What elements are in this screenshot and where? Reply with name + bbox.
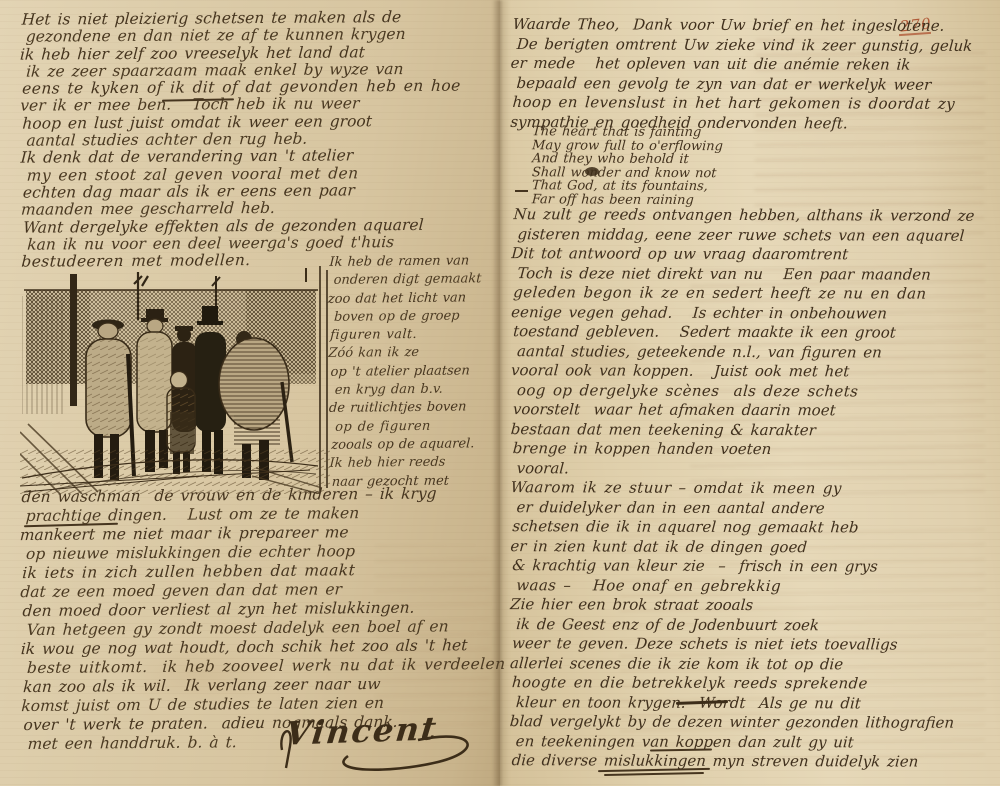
handwritten-line: toestand gebleven. Sedert maakte ik een … [513,322,998,343]
handwritten-line: op de figuren [335,417,500,437]
right-page-opening-paragraph: Waarde Theo, Dank voor Uw brief en het i… [512,15,997,134]
handwritten-line: & krachtig van kleur zie – frisch in een… [512,556,997,577]
signature: Vincent [268,706,498,782]
handwritten-line: er mede het opleven van uit die anémie r… [510,54,997,76]
handwritten-line: allerlei scenes die ik zie kom ik tot op… [509,654,996,675]
handwritten-line: weer te geven. Deze schets is niet iets … [511,634,996,655]
handwritten-line: die diverse mislukkingen myn streven dui… [511,751,996,772]
handwritten-line: boven op de groep [334,307,499,327]
handwritten-line: figuren valt. [330,325,499,345]
handwritten-line: bepaald een gevolg te zyn van dat er wer… [516,73,997,95]
signature-name: Vincent [284,709,440,752]
ink-blot [585,167,599,176]
handwritten-line: Nu zult ge reeds ontvangen hebben, altha… [513,205,998,226]
ink-sketch-figure-group [20,262,332,494]
handwritten-line: Zie hier een brok straat zooals [510,595,997,616]
handwritten-line: aantal studies, geteekende n.l., van fig… [516,342,997,363]
handwritten-line: waas – Hoe onaf en gebrekkig [516,576,997,597]
handwritten-line: gisteren middag, eene zeer ruwe schets v… [517,225,998,246]
letter-photograph: Het is niet pleizierig schetsen te maken… [0,0,1000,786]
handwritten-line: De berigten omtrent Uw zieke vind ik zee… [516,34,997,56]
handwritten-line: er duidelyker dan in een aantal andere [516,498,997,519]
handwritten-line: Zóó kan ik ze [328,344,499,364]
handwritten-line: oog op dergelyke scènes als deze schets [516,381,997,402]
handwritten-line: blad vergelykt by de dezen winter gezond… [509,712,996,733]
handwritten-line: vooral. [516,459,997,480]
handwritten-line: op 't atelier plaatsen [330,362,499,382]
handwritten-line: Dit tot antwoord op uw vraag daaromtrent [511,244,998,265]
handwritten-line: zoo dat het licht van [327,289,498,309]
handwritten-line: Ik heb hier reeds [329,453,500,473]
sketch-margin-note: Ik heb de ramen vanonderen digt gemaaktz… [329,252,499,492]
right-page-body-paragraphs: Nu zult ge reeds ontvangen hebben, altha… [511,205,997,772]
handwritten-line: Waarde Theo, Dank voor Uw brief en het i… [512,15,997,37]
sketch-drawing [20,262,332,494]
handwritten-line: geleden begon ik ze en sedert heeft ze n… [513,283,998,304]
handwritten-line: hoogte en die betrekkelyk reeds sprekend… [511,673,996,694]
left-page-upper-paragraphs: Het is niet pleizierig schetsen te maken… [21,8,501,271]
handwritten-line: zooals op de aquarel. [331,435,500,455]
handwritten-line: en kryg dan b.v. [334,380,499,400]
handwritten-line: hoop en levenslust in het hart gekomen i… [512,93,997,115]
handwritten-line: en teekeningen van koppen dan zult gy ui… [515,732,996,753]
handwritten-line: voorstelt waar het afmaken daarin moet [512,400,997,421]
handwritten-line: onderen digt gemaakt [333,270,498,290]
handwritten-line: Toch is deze niet direkt van nu Een paar… [517,264,998,285]
handwritten-line: kleur en toon krygen. Wordt Als ge nu di… [515,693,996,714]
handwritten-line: schetsen die ik in aquarel nog gemaakt h… [512,517,997,538]
handwritten-line: Waarom ik ze stuur – omdat ik meen gy [510,478,997,499]
english-poem-quote: The heart that is faintingMay grow full … [532,125,832,208]
handwritten-line: bestaan dat men teekening & karakter [510,420,997,441]
deletion-dash [515,190,528,192]
handwritten-line: vooral ook van koppen. Juist ook met het [510,361,997,382]
handwritten-line: brenge in koppen handen voeten [512,439,997,460]
handwritten-line: Ik heb de ramen van [329,252,498,272]
handwritten-line: eenige vegen gehad. Is echter in onbehou… [511,303,998,324]
handwritten-line: ik de Geest enz of de Jodenbuurt zoek [515,615,996,636]
handwritten-line: er in zien kunt dat ik de dingen goed [510,537,997,558]
handwritten-line: de ruitlichtjes boven [328,398,499,418]
